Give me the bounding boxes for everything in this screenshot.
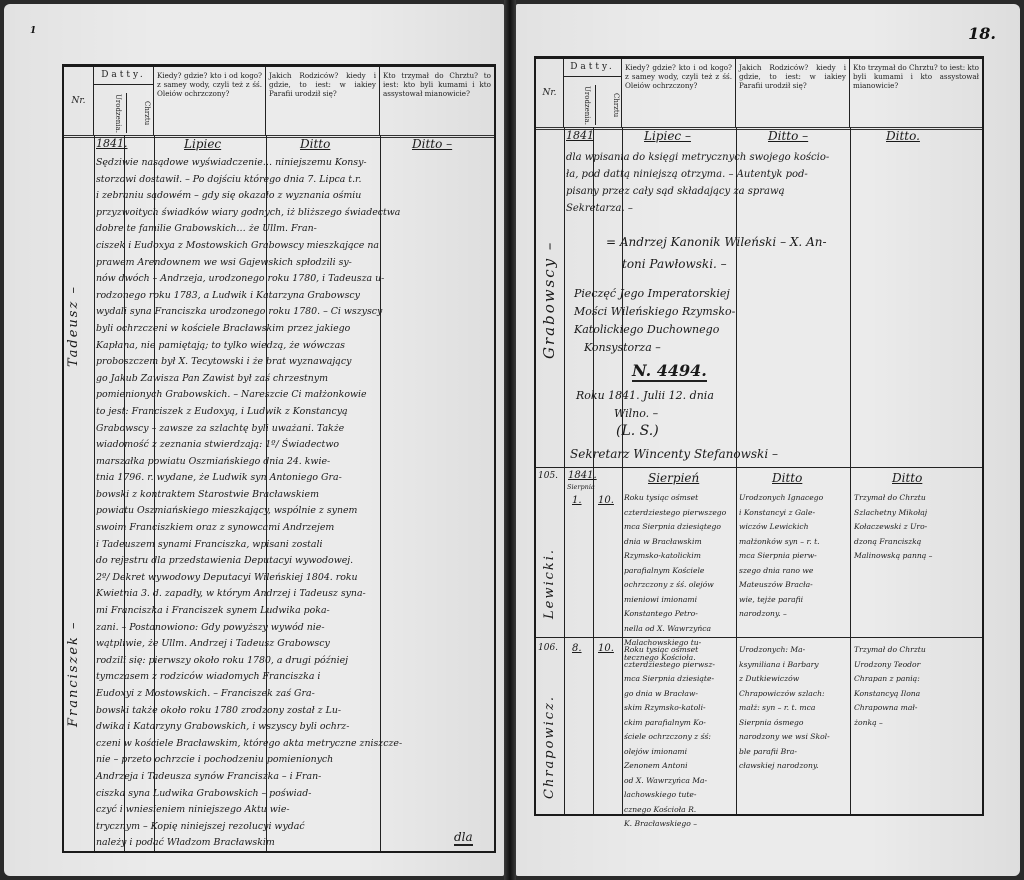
- text-line: narodzony we wsi Skol-: [739, 730, 849, 745]
- header-datty: Datty. Urodzenia. Chrztu: [564, 59, 622, 127]
- text-line: czeni w kościele Bracławskim, którego ak…: [96, 736, 490, 753]
- consistory-seal-block: Pieczęć Jego Imperatorskiej Mości Wileńs…: [574, 285, 735, 357]
- text-line: K. Bracławskiego –: [624, 817, 734, 832]
- text-line: trycznym – Kopię niniejszej rezolucyi wy…: [96, 819, 490, 836]
- text-line: Chrapowna mał-: [854, 701, 980, 716]
- text-line: skim Rzymsko-katoli-: [624, 701, 734, 716]
- text-line: czterdziestego pierwsz-: [624, 658, 734, 673]
- column-divider: [564, 127, 565, 814]
- header-urodzenia: Urodzenia.: [567, 85, 591, 125]
- baptism-details: Roku tysiąc ośmset czterdziestego pierws…: [624, 491, 734, 665]
- text-line: Konstancyą Ilona: [854, 687, 980, 702]
- header-datty-title: Datty.: [564, 63, 621, 77]
- entry-month: Lipiec –: [644, 129, 691, 143]
- text-line: Urodzony Teodor: [854, 658, 980, 673]
- entry-year: 1841.: [568, 470, 597, 481]
- text-line: ble parafii Bra-: [739, 745, 849, 760]
- seal-line: Mości Wileńskiego Rzymsko-: [574, 303, 735, 321]
- text-line: cławskiej narodzony.: [739, 759, 849, 774]
- entry-year: 1841: [566, 129, 594, 142]
- text-line: dnia w Bracławskim: [624, 535, 734, 550]
- header-datty: Datty. Urodzenia. Chrztu: [94, 67, 154, 135]
- header-kto-trzymal: Kto trzymał do Chrztu? to iest: kto byli…: [380, 67, 494, 135]
- secretary-signature: Sekretarz Wincenty Stefanowski –: [570, 447, 778, 461]
- parents-details: Urodzonych: Ma- ksymiliana i Barbary z D…: [739, 643, 849, 774]
- header-rodzicow: Jakich Rodziców? kiedy i gdzie, to iest:…: [266, 67, 380, 135]
- text-line: tymczasem z rodziców wiadomych Franciszk…: [96, 669, 490, 686]
- text-line: byli ochrzczeni w kościele Bracławskim p…: [96, 321, 490, 338]
- seal-line: Pieczęć Jego Imperatorskiej: [574, 285, 735, 303]
- right-ledger-table: Nr. Datty. Urodzenia. Chrztu Kiedy? gdzi…: [534, 56, 984, 816]
- header-urodzenia: Urodzenia.: [98, 93, 122, 133]
- text-line: szego dnia rano we: [739, 564, 849, 579]
- locus-sigilli: (L. S.): [616, 423, 659, 439]
- text-line: Urodzonych Ignacego: [739, 491, 849, 506]
- row-divider: [536, 467, 982, 468]
- margin-name-lewicki: Lewicki.: [542, 499, 557, 619]
- text-line: swoim Franciszkiem oraz z synowcami Andr…: [96, 520, 490, 537]
- act-number: N. 4494.: [632, 361, 707, 382]
- page-number: 18.: [968, 24, 996, 43]
- text-line: i zebraniu sądowém – gdy się okazało z w…: [96, 188, 490, 205]
- text-line: nów dwóch – Andrzeja, urodzonego roku 17…: [96, 271, 490, 288]
- baptism-day: 10.: [598, 495, 614, 506]
- text-line: wiadomość z zeznania stwierdzają: 1º/ Św…: [96, 437, 490, 454]
- text-line: Kołaczewski z Uro-: [854, 520, 980, 535]
- text-line: ciszek i Eudoxya z Mostowskich Grabowscy…: [96, 238, 490, 255]
- text-line: dzoną Franciszką: [854, 535, 980, 550]
- header-rodzicow: Jakich Rodziców? kiedy i gdzie, to iest:…: [736, 59, 850, 127]
- signatories: = Andrzej Kanonik Wileński – X. An- toni…: [606, 231, 827, 275]
- open-register-book: 1 Nr. Datty. Urodzenia. Chrztu Kiedy? gd…: [0, 0, 1024, 880]
- text-line: i Tadeuszem synami Franciszka, wpisani z…: [96, 537, 490, 554]
- header-kto-trzymal: Kto trzymał do Chrztu? to iest: kto byli…: [850, 59, 982, 127]
- text-line: prawem Arendownem we wsi Gajewskich spło…: [96, 255, 490, 272]
- text-line: ściele ochrzczony z śś:: [624, 730, 734, 745]
- baptism-day: 10.: [598, 643, 614, 654]
- text-line: tnia 1796. r. wydane, że Ludwik syn Anto…: [96, 470, 490, 487]
- text-line: Roku tysiąc ośmset: [624, 643, 734, 658]
- left-page-mark: 1: [30, 26, 36, 36]
- left-page: 1 Nr. Datty. Urodzenia. Chrztu Kiedy? gd…: [4, 4, 504, 876]
- book-spine: [504, 0, 516, 880]
- column-divider: [850, 127, 851, 814]
- text-line: 2º/ Dekret wywodowy Deputacyi Wileńskiej…: [96, 570, 490, 587]
- row-divider: [536, 637, 982, 638]
- godparents-details: Trzymał do Chrztu Szlachetny Mikołaj Koł…: [854, 491, 980, 564]
- right-entry-continuation: dla wpisania do księgi metrycznych swoje…: [566, 149, 976, 217]
- text-line: Grabowscy – zawsze za szlachtę byli uważ…: [96, 421, 490, 438]
- entry-month: Lipiec: [184, 137, 221, 151]
- text-line: ciszka syna Ludwika Grabowskich – poświa…: [96, 786, 490, 803]
- margin-name-franciszek: Franciszek –: [66, 467, 81, 727]
- header-datty-title: Datty.: [94, 71, 153, 85]
- text-line: mieniowi imionami: [624, 593, 734, 608]
- text-line: od X. Wawrzyńca Ma-: [624, 774, 734, 789]
- entry-number: 106.: [538, 643, 558, 653]
- entry-ditto-parents: Ditto: [300, 137, 330, 151]
- margin-name-chrapowicz: Chrapowicz.: [542, 679, 557, 799]
- text-line: Konstantego Petro-: [624, 607, 734, 622]
- text-line: wiczów Lewickich: [739, 520, 849, 535]
- text-line: Kapłana, nie pamiętają; to tylko wiedzą,…: [96, 338, 490, 355]
- text-line: powiatu Oszmiańskiego mieszkający, wspól…: [96, 503, 490, 520]
- entry-year: 1841.: [96, 137, 128, 150]
- text-line: wydali syna Franciszka urodzonego roku 1…: [96, 304, 490, 321]
- text-line: Kwietnia 3. d. zapadły, w którym Andrzej…: [96, 586, 490, 603]
- text-line: olejów imionami: [624, 745, 734, 760]
- text-line: Urodzonych: Ma-: [739, 643, 849, 658]
- text-line: Chrapowiczów szlach:: [739, 687, 849, 702]
- text-line: lachowskiego tute-: [624, 788, 734, 803]
- left-ledger-table: Nr. Datty. Urodzenia. Chrztu Kiedy? gdzi…: [62, 64, 496, 853]
- seal-line: Konsystorza –: [574, 339, 735, 357]
- text-line: Malinowską panną –: [854, 549, 980, 564]
- header-kiedy: Kiedy? gdzie? kto i od kogo? z samey wod…: [154, 67, 266, 135]
- text-line: nie – przeto ochrzcie i pochodzeniu pomi…: [96, 752, 490, 769]
- entry-month: Sierpień: [648, 471, 699, 485]
- text-line: nella od X. Wawrzyńca: [624, 622, 734, 637]
- margin-name-tadeusz: Tadeusz –: [66, 187, 81, 367]
- baptism-details: Roku tysiąc ośmset czterdziestego pierws…: [624, 643, 734, 832]
- signatory-line: toni Pawłowski. –: [606, 253, 827, 275]
- text-line: Sierpnia ósmego: [739, 716, 849, 731]
- text-line: wątpliwie, że Ullm. Andrzej i Tadeusz Gr…: [96, 636, 490, 653]
- text-line: Szlachetny Mikołaj: [854, 506, 980, 521]
- birth-day: 8.: [572, 643, 582, 654]
- text-line: ła, pod dattą niniejszą otrzyma. – Auten…: [566, 166, 976, 183]
- entry-month-small: Sierpnia: [567, 483, 595, 491]
- text-line: Mateuszów Bracła-: [739, 578, 849, 593]
- text-line: marszałka powiatu Oszmiańskiego dnia 24.…: [96, 454, 490, 471]
- seal-line: Katolickiego Duchownego: [574, 321, 735, 339]
- text-line: narodzony. –: [739, 607, 849, 622]
- text-line: to jest: Franciszek z Eudoxyą, i Ludwik …: [96, 404, 490, 421]
- text-line: Roku tysiąc ośmset: [624, 491, 734, 506]
- text-line: do rejestru dla przedstawienia Deputacyi…: [96, 553, 490, 570]
- text-line: Eudoxyi z Mostowskich. – Franciszek zaś …: [96, 686, 490, 703]
- text-line: dla wpisania do księgi metrycznych swoje…: [566, 149, 976, 166]
- header-kiedy: Kiedy? gdzie? kto i od kogo? z samey wod…: [622, 59, 736, 127]
- table-header: Nr. Datty. Urodzenia. Chrztu Kiedy? gdzi…: [64, 67, 494, 138]
- text-line: parafialnym Kościele: [624, 564, 734, 579]
- text-line: mi Franciszka i Franciszek synem Ludwika…: [96, 603, 490, 620]
- text-line: przyzwoitych świadków wiary godnych, iż …: [96, 205, 490, 222]
- header-nr: Nr.: [536, 59, 564, 127]
- margin-name-grabowscy: Grabowscy –: [540, 159, 558, 359]
- text-line: i Konstancyi z Gale-: [739, 506, 849, 521]
- right-page: 18. Nr. Datty. Urodzenia. Chrztu Kiedy? …: [516, 4, 1020, 876]
- text-line: Zenonem Antoni: [624, 759, 734, 774]
- text-line: dobre te familie Grabowskich… że Ullm. F…: [96, 221, 490, 238]
- text-line: z Dutkiewiczów: [739, 672, 849, 687]
- text-line: ckim parafialnym Ko-: [624, 716, 734, 731]
- text-line: czterdziestego pierwszego: [624, 506, 734, 521]
- left-entry-body: Sędziwie nasądowe wyświadczenie… niniejs…: [96, 155, 490, 852]
- parents-details: Urodzonych Ignacego i Konstancyi z Gale-…: [739, 491, 849, 622]
- text-line: Trzymał do Chrztu: [854, 643, 980, 658]
- birth-day: 1.: [572, 495, 582, 506]
- text-line: bowski z kontraktem Starostwie Bracławsk…: [96, 487, 490, 504]
- text-line: czyć i wniesieniem niniejszego Aktu wie-: [96, 802, 490, 819]
- text-line: pisany przez cały sąd składający za spra…: [566, 183, 976, 200]
- header-chrztu: Chrztu: [126, 93, 151, 133]
- text-line: ksymiliana i Barbary: [739, 658, 849, 673]
- text-line: wie, tejże parafii: [739, 593, 849, 608]
- text-line: małż: syn – r. t. mca: [739, 701, 849, 716]
- godparents-details: Trzymał do Chrztu Urodzony Teodor Chrapa…: [854, 643, 980, 730]
- text-line: rodzonego roku 1783, a Ludwik i Katarzyn…: [96, 288, 490, 305]
- text-line: ochrzczony z śś. olejów: [624, 578, 734, 593]
- entry-ditto-godparents: Ditto.: [886, 129, 920, 143]
- column-divider: [94, 135, 95, 851]
- text-line: Chrapan z panią:: [854, 672, 980, 687]
- text-line: pomienionych Grabowskich. – Nareszcie Ci…: [96, 387, 490, 404]
- text-line: Rzymsko-katolickim: [624, 549, 734, 564]
- text-line: cznego Kościoła R.: [624, 803, 734, 818]
- signatory-line: = Andrzej Kanonik Wileński – X. An-: [606, 231, 827, 253]
- text-line: Sędziwie nasądowe wyświadczenie… niniejs…: [96, 155, 490, 172]
- text-line: go Jakub Zawisza Pan Zawist był zaś chrz…: [96, 371, 490, 388]
- entry-number: 105.: [538, 471, 558, 481]
- text-line: mca Sierpnia pierw-: [739, 549, 849, 564]
- entry-ditto-godparents: Ditto: [892, 471, 922, 485]
- act-date: Roku 1841. Julii 12. dnia: [576, 389, 714, 402]
- text-line: rodzili się: pierwszy około roku 1780, a…: [96, 653, 490, 670]
- text-line: mca Sierpnia dziesiąte-: [624, 672, 734, 687]
- text-line: dwika i Katarzyny Grabowskich, i wszyscy…: [96, 719, 490, 736]
- text-line: małżonków syn – r. t.: [739, 535, 849, 550]
- header-nr: Nr.: [64, 67, 94, 135]
- table-header: Nr. Datty. Urodzenia. Chrztu Kiedy? gdzi…: [536, 59, 982, 130]
- text-line: żonką –: [854, 716, 980, 731]
- entry-ditto-parents: Ditto –: [768, 129, 808, 143]
- act-place: Wilno. –: [614, 407, 658, 420]
- text-line: bowski także około roku 1780 zrodzony zo…: [96, 703, 490, 720]
- entry-ditto-godparents: Ditto –: [412, 137, 452, 151]
- text-line: storzowi dostawił. – Po dojściu którego …: [96, 172, 490, 189]
- text-line: należy i podać Władzom Bracławskim: [96, 835, 490, 852]
- entry-ditto-parents: Ditto: [772, 471, 802, 485]
- header-chrztu: Chrztu: [595, 85, 620, 125]
- text-line: mca Sierpnia dziesiątego: [624, 520, 734, 535]
- text-line: Trzymał do Chrztu: [854, 491, 980, 506]
- text-line: go dnia w Bracław-: [624, 687, 734, 702]
- text-line: proboszczem był X. Tecytowski i że brat …: [96, 354, 490, 371]
- catchword: dla: [454, 830, 473, 846]
- text-line: Andrzeja i Tadeusza synów Franciszka – i…: [96, 769, 490, 786]
- text-line: Sekretarza. –: [566, 200, 976, 217]
- text-line: zani. – Postanowiono: Gdy powyższy wywód…: [96, 620, 490, 637]
